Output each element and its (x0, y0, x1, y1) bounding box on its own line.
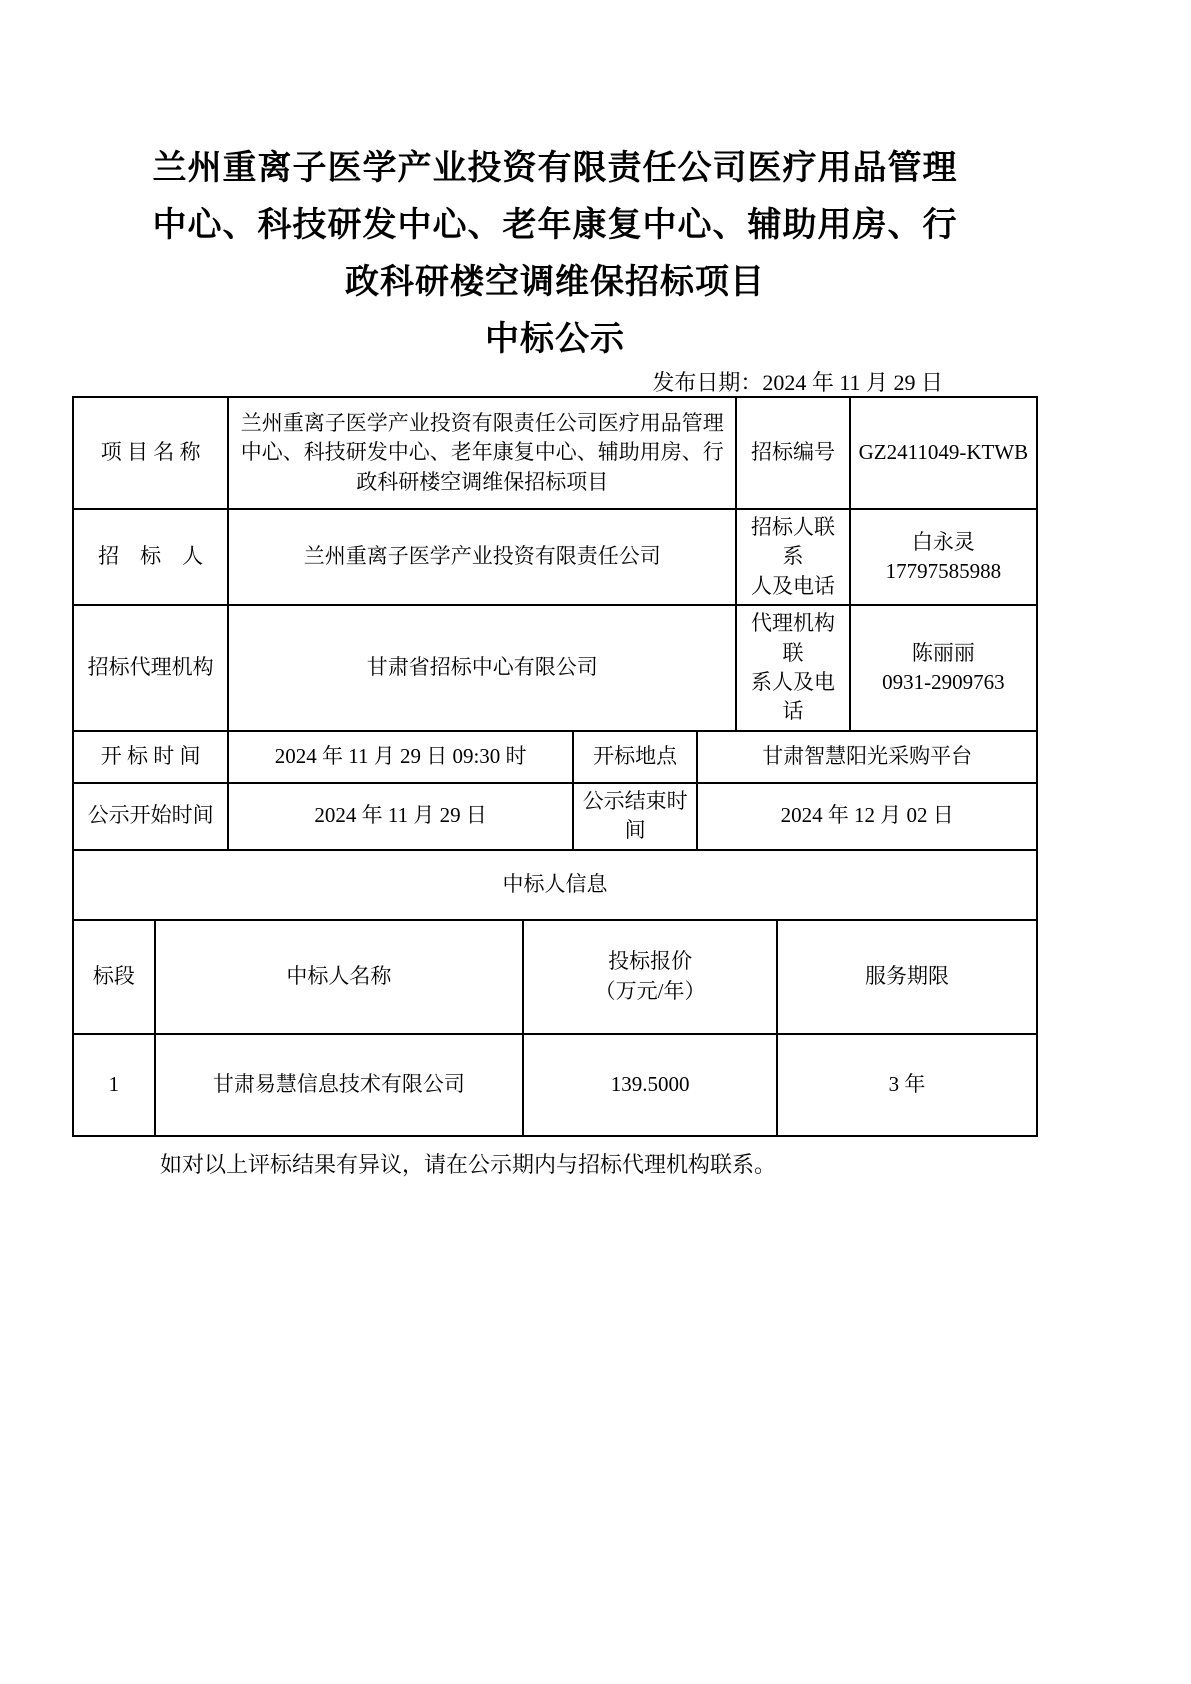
table-row-project-name: 项 目 名 称 兰州重离子医学产业投资有限责任公司医疗用品管理中心、科技研发中心… (74, 398, 1036, 510)
table-row-tenderer: 招 标 人 兰州重离子医学产业投资有限责任公司 招标人联系 人及电话 白永灵 1… (74, 510, 1036, 606)
winner-header-bid-price: 投标报价 （万元/年） (524, 921, 778, 1033)
announcement-table: 项 目 名 称 兰州重离子医学产业投资有限责任公司医疗用品管理中心、科技研发中心… (72, 396, 1038, 1137)
winner-section-header: 中标人信息 (74, 851, 1036, 919)
title-line-2: 中心、科技研发中心、老年康复中心、辅助用房、行 (72, 197, 1038, 254)
winner-table-header-row: 标段 中标人名称 投标报价 （万元/年） 服务期限 (74, 921, 1036, 1035)
bid-opening-place-value: 甘肃智慧阳光采购平台 (698, 732, 1036, 782)
title-line-1: 兰州重离子医学产业投资有限责任公司医疗用品管理 (72, 140, 1038, 197)
winner-table-data-row: 1 甘肃易慧信息技术有限公司 139.5000 3 年 (74, 1035, 1036, 1135)
agency-contact-value: 陈丽丽 0931-2909763 (851, 606, 1036, 730)
agency-value: 甘肃省招标中心有限公司 (229, 606, 737, 730)
table-row-agency: 招标代理机构 甘肃省招标中心有限公司 代理机构联 系人及电话 陈丽丽 0931-… (74, 606, 1036, 732)
publicity-start-label: 公示开始时间 (74, 784, 229, 849)
publicity-end-label: 公示结束时间 (574, 784, 698, 849)
table-row-bid-opening: 开 标 时 间 2024 年 11 月 29 日 09:30 时 开标地点 甘肃… (74, 732, 1036, 784)
tenderer-value: 兰州重离子医学产业投资有限责任公司 (229, 510, 737, 604)
tenderer-label: 招 标 人 (74, 510, 229, 604)
winner-name-value: 甘肃易慧信息技术有限公司 (156, 1035, 524, 1135)
tenderer-contact-value: 白永灵 17797585988 (851, 510, 1036, 604)
objection-footnote: 如对以上评标结果有异议，请在公示期内与招标代理机构联系。 (72, 1151, 1038, 1179)
agency-contact-label: 代理机构联 系人及电话 (737, 606, 851, 730)
project-name-label: 项 目 名 称 (74, 398, 229, 508)
winner-header-section: 标段 (74, 921, 156, 1033)
tender-number-value: GZ2411049-KTWB (851, 398, 1036, 508)
publish-date: 发布日期：2024 年 11 月 29 日 (72, 370, 1038, 396)
table-row-winner-section-header: 中标人信息 (74, 851, 1036, 921)
winner-header-service-period: 服务期限 (778, 921, 1036, 1033)
winner-service-period-value: 3 年 (778, 1035, 1036, 1135)
bid-opening-time-label: 开 标 时 间 (74, 732, 229, 782)
bid-opening-time-value: 2024 年 11 月 29 日 09:30 时 (229, 732, 574, 782)
winner-header-name: 中标人名称 (156, 921, 524, 1033)
table-row-publicity-period: 公示开始时间 2024 年 11 月 29 日 公示结束时间 2024 年 12… (74, 784, 1036, 851)
publicity-end-value: 2024 年 12 月 02 日 (698, 784, 1036, 849)
document: 兰州重离子医学产业投资有限责任公司医疗用品管理 中心、科技研发中心、老年康复中心… (72, 0, 1038, 1179)
title-line-3: 政科研楼空调维保招标项目 (72, 254, 1038, 311)
publicity-start-value: 2024 年 11 月 29 日 (229, 784, 574, 849)
tenderer-contact-label: 招标人联系 人及电话 (737, 510, 851, 604)
bid-opening-place-label: 开标地点 (574, 732, 698, 782)
tender-number-label: 招标编号 (737, 398, 851, 508)
document-title: 兰州重离子医学产业投资有限责任公司医疗用品管理 中心、科技研发中心、老年康复中心… (72, 140, 1038, 368)
winner-bid-price-value: 139.5000 (524, 1035, 778, 1135)
project-name-value: 兰州重离子医学产业投资有限责任公司医疗用品管理中心、科技研发中心、老年康复中心、… (229, 398, 737, 508)
agency-label: 招标代理机构 (74, 606, 229, 730)
winner-section-value: 1 (74, 1035, 156, 1135)
document-subtitle: 中标公示 (72, 311, 1038, 368)
